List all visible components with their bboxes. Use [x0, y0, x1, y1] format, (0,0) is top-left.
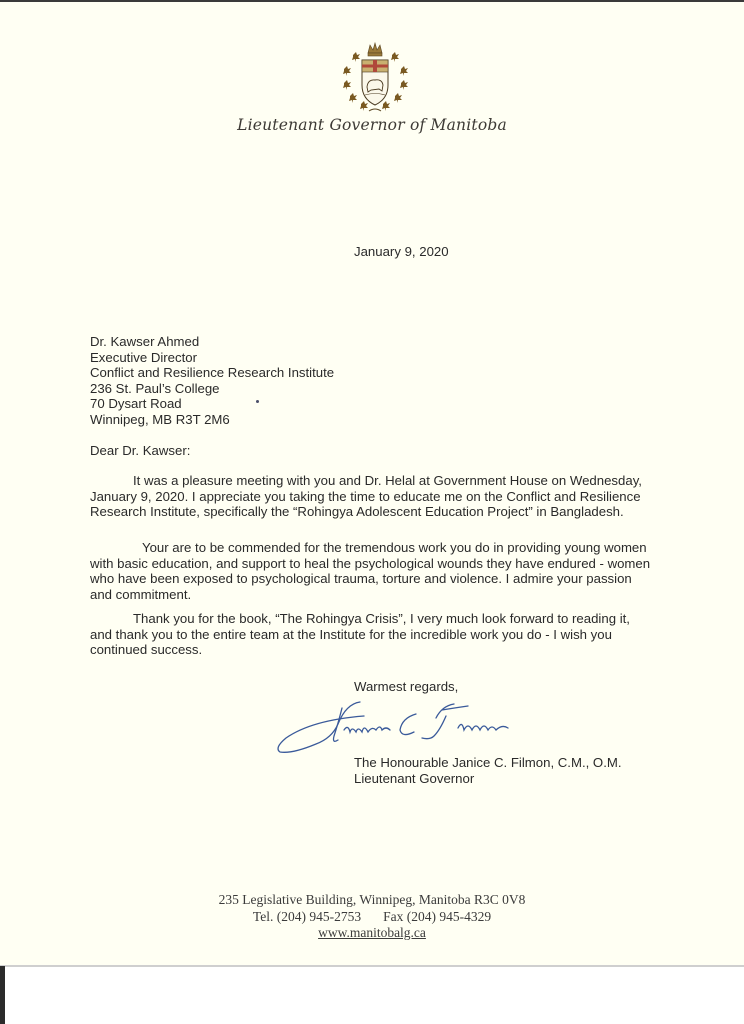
handwritten-signature-icon	[272, 694, 542, 760]
scan-speck	[256, 400, 259, 403]
office-title: Lieutenant Governor of Manitoba	[0, 116, 744, 134]
recipient-organization: Conflict and Resilience Research Institu…	[90, 365, 334, 381]
recipient-address-line: 236 St. Paul’s College	[90, 381, 334, 397]
paragraph-line: and commitment.	[90, 587, 650, 603]
paragraph-line: with basic education, and support to hea…	[90, 556, 650, 572]
manitoba-coat-of-arms-icon	[335, 39, 415, 115]
signer-block: The Honourable Janice C. Filmon, C.M., O…	[354, 755, 622, 786]
letter-page: Lieutenant Governor of Manitoba January …	[0, 0, 744, 966]
body-paragraph: Thank you for the book, “The Rohingya Cr…	[90, 611, 650, 658]
paragraph-line: Research Institute, specifically the “Ro…	[90, 504, 650, 520]
footer-contact: Tel. (204) 945-2753Fax (204) 945-4329	[0, 909, 744, 926]
recipient-city-line: Winnipeg, MB R3T 2M6	[90, 412, 334, 428]
paragraph-line: continued success.	[90, 642, 650, 658]
paragraph-line: Your are to be commended for the tremend…	[90, 540, 650, 556]
footer-telephone: Tel. (204) 945-2753	[253, 909, 361, 924]
recipient-address-line: 70 Dysart Road	[90, 396, 334, 412]
letterhead-footer: 235 Legislative Building, Winnipeg, Mani…	[0, 892, 744, 942]
signer-title: Lieutenant Governor	[354, 771, 622, 787]
paragraph-line: Thank you for the book, “The Rohingya Cr…	[90, 611, 650, 627]
footer-fax: Fax (204) 945-4329	[383, 909, 491, 924]
paragraph-line: January 9, 2020. I appreciate you taking…	[90, 489, 650, 505]
closing: Warmest regards,	[354, 679, 458, 695]
salutation: Dear Dr. Kawser:	[90, 443, 190, 459]
letter-date: January 9, 2020	[354, 244, 449, 260]
recipient-name: Dr. Kawser Ahmed	[90, 334, 334, 350]
scan-page-edge	[0, 965, 744, 967]
body-paragraph: Your are to be commended for the tremend…	[90, 540, 650, 602]
recipient-title: Executive Director	[90, 350, 334, 366]
signer-name: The Honourable Janice C. Filmon, C.M., O…	[354, 755, 622, 771]
footer-address: 235 Legislative Building, Winnipeg, Mani…	[0, 892, 744, 909]
footer-website-link[interactable]: www.manitobalg.ca	[318, 925, 426, 940]
paragraph-line: It was a pleasure meeting with you and D…	[90, 473, 650, 489]
recipient-address: Dr. Kawser Ahmed Executive Director Conf…	[90, 334, 334, 427]
body-paragraph: It was a pleasure meeting with you and D…	[90, 473, 650, 520]
paragraph-line: and thank you to the entire team at the …	[90, 627, 650, 643]
scan-border-strip	[0, 966, 5, 1024]
paragraph-line: who have been exposed to psychological t…	[90, 571, 650, 587]
